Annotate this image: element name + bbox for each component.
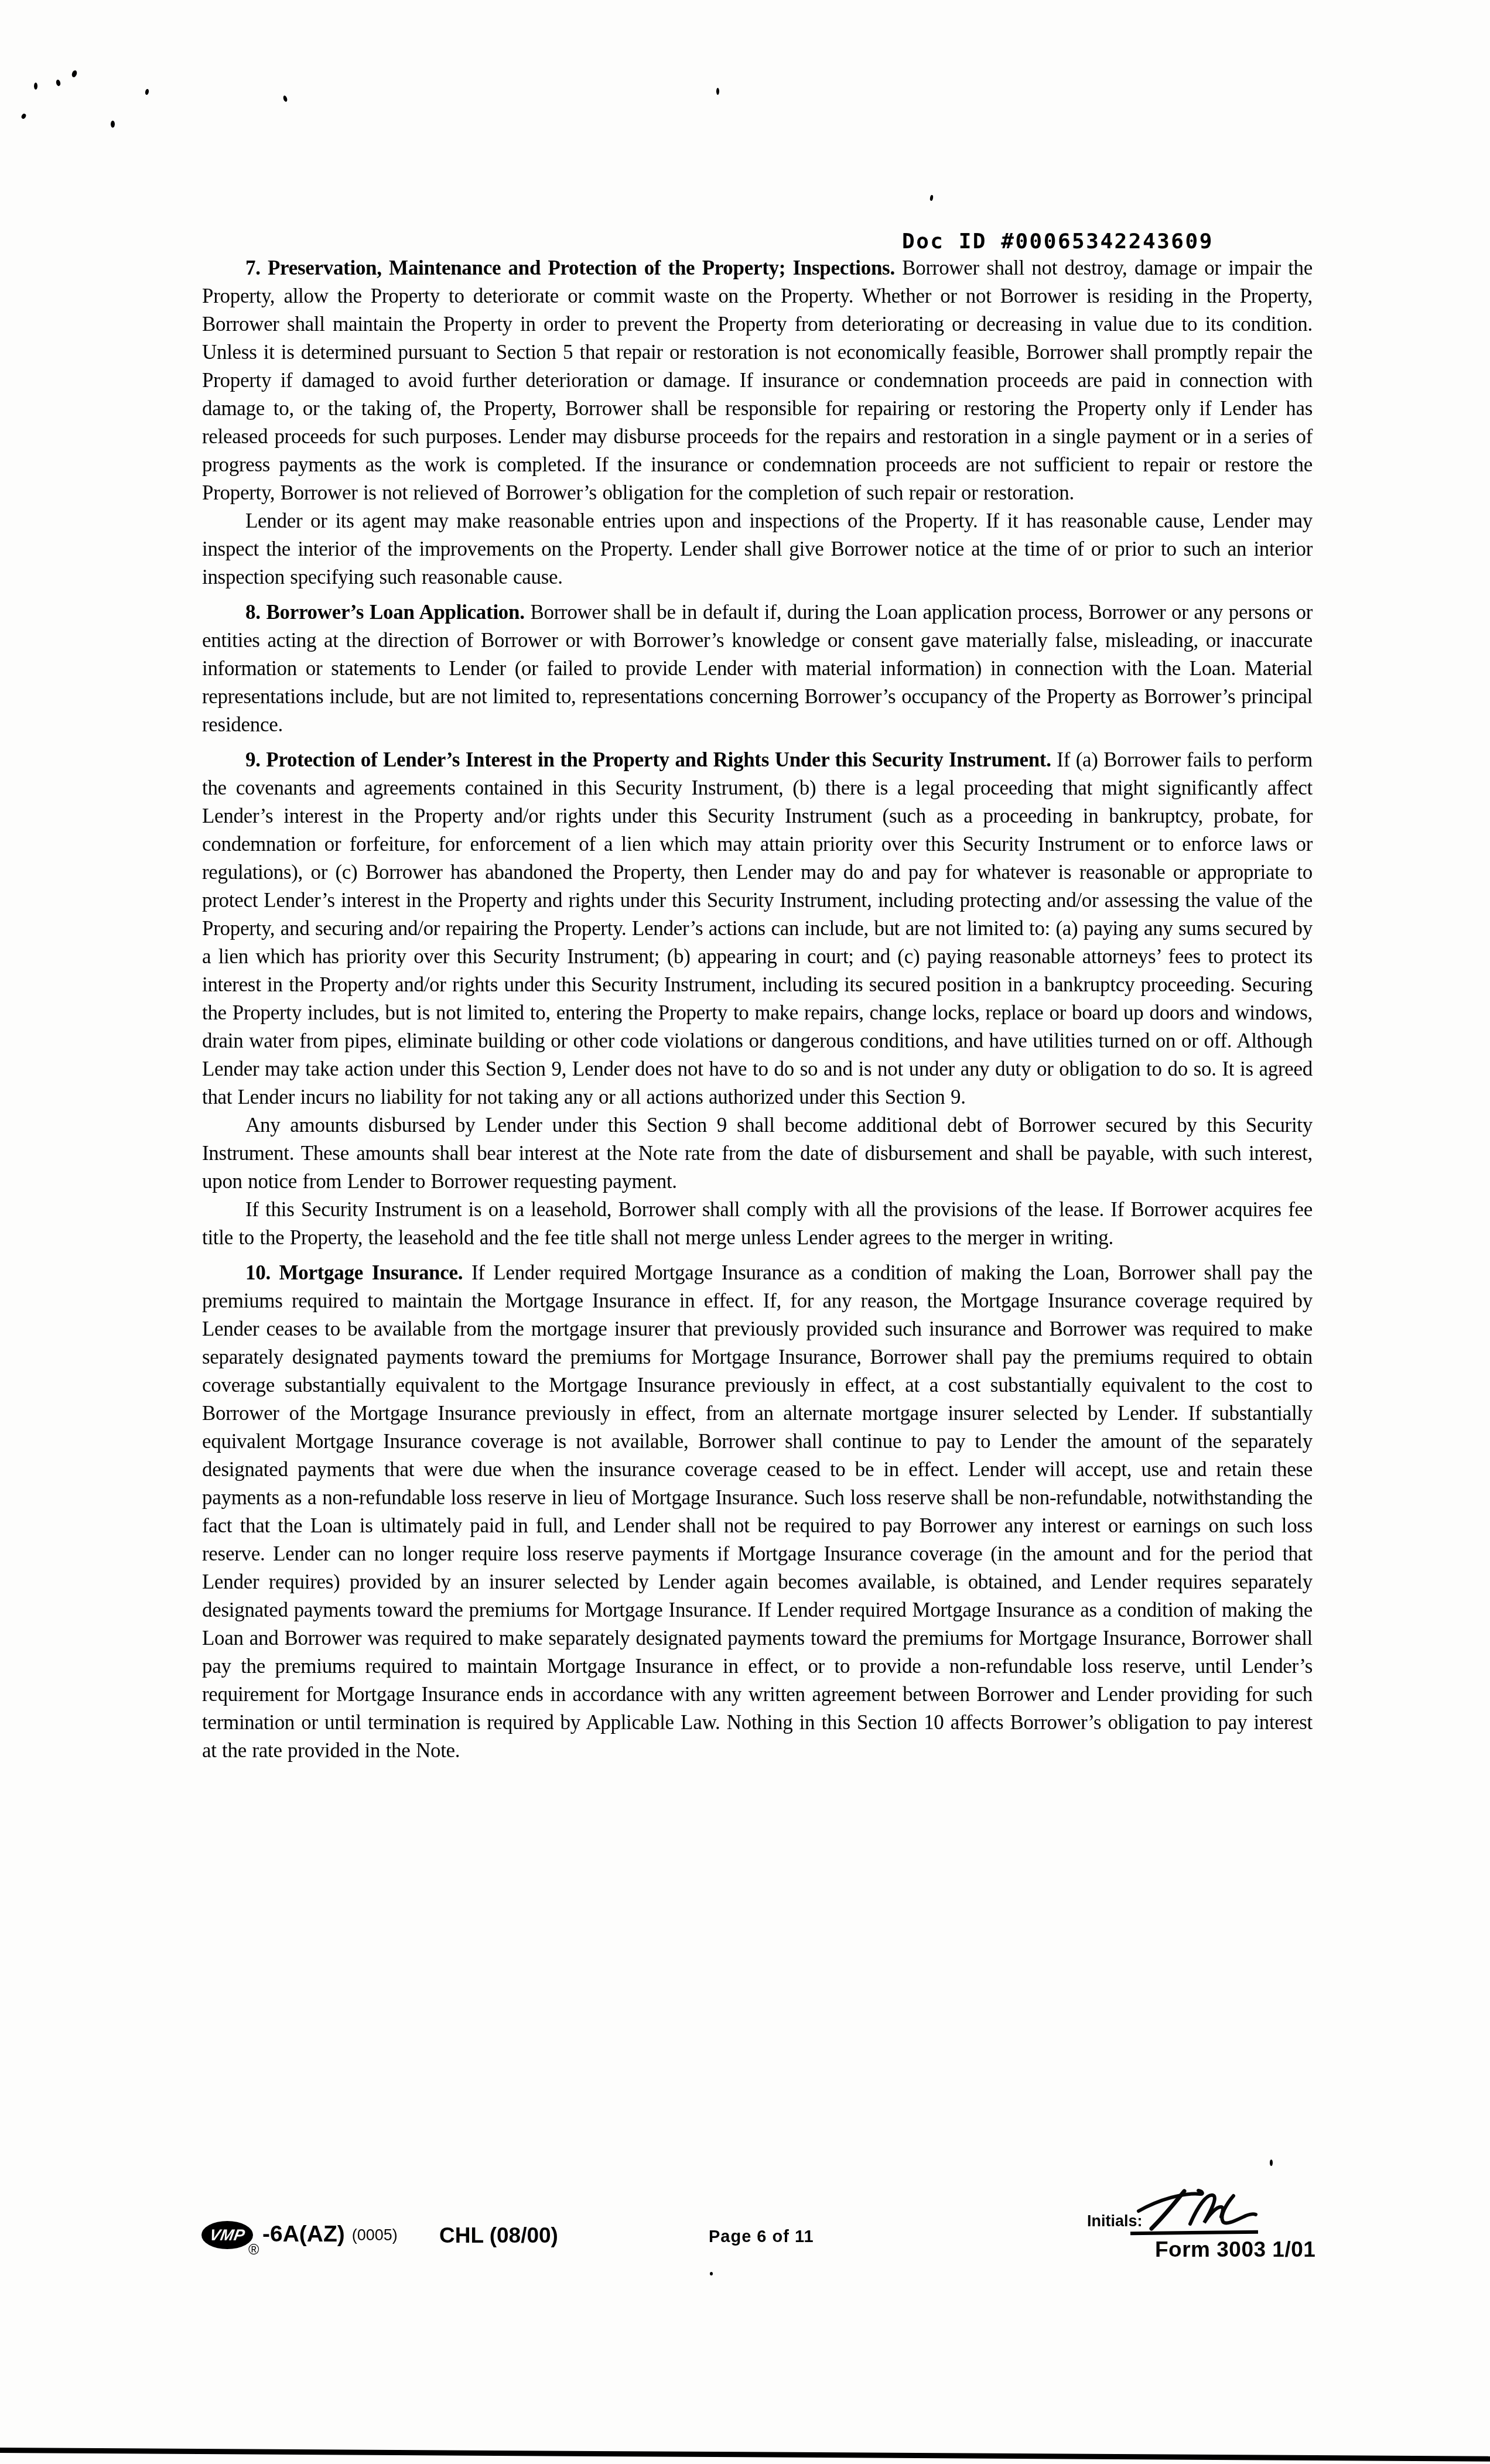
amounts-disbursed-text: Any amounts disbursed by Lender under th… xyxy=(202,1114,1313,1193)
scan-speck xyxy=(145,88,149,95)
inspections-text: Lender or its agent may make reasonable … xyxy=(202,509,1313,588)
registered-trademark-icon: ® xyxy=(248,2243,259,2257)
doc-id: Doc ID #00065342243609 xyxy=(902,230,1214,254)
form-code-main: -6A(AZ) xyxy=(262,2222,345,2247)
chl-label: CHL (08/00) xyxy=(439,2223,558,2248)
scan-speck xyxy=(716,88,719,95)
scan-speck xyxy=(56,79,61,86)
form-code-suffix: (0005) xyxy=(352,2226,398,2244)
section-8-heading: 8. Borrower’s Loan Application. xyxy=(245,601,525,624)
scan-edge-artifact xyxy=(0,2448,1490,2462)
form-code: -6A(AZ)(0005) xyxy=(262,2222,398,2247)
scan-speck xyxy=(282,95,288,102)
section-10-heading: 10. Mortgage Insurance. xyxy=(245,1261,463,1284)
leasehold-text: If this Security Instrument is on a leas… xyxy=(202,1198,1313,1249)
scanned-document-page: Doc ID #00065342243609 7. Preservation, … xyxy=(0,0,1490,2464)
form-number: Form 3003 1/01 xyxy=(1155,2237,1315,2262)
vmp-logo-text: VMP xyxy=(208,2226,246,2244)
paragraph-leasehold: If this Security Instrument is on a leas… xyxy=(202,1196,1313,1252)
scan-speck xyxy=(20,113,27,119)
scan-speck xyxy=(710,2272,713,2275)
section-10-text: If Lender required Mortgage Insurance as… xyxy=(202,1261,1313,1762)
scan-speck xyxy=(929,195,934,201)
paragraph-amounts-disbursed: Any amounts disbursed by Lender under th… xyxy=(202,1111,1313,1196)
paragraph-section-7: 7. Preservation, Maintenance and Protect… xyxy=(202,254,1313,507)
paragraph-section-10: 10. Mortgage Insurance. If Lender requir… xyxy=(202,1259,1313,1765)
document-body: 7. Preservation, Maintenance and Protect… xyxy=(202,254,1313,1765)
initials-signature xyxy=(1133,2188,1267,2237)
section-9-heading: 9. Protection of Lender’s Interest in th… xyxy=(245,748,1051,771)
section-7-text: Borrower shall not destroy, damage or im… xyxy=(202,256,1313,504)
page-footer: VMP ® -6A(AZ)(0005) CHL (08/00) Page 6 o… xyxy=(193,2218,1423,2318)
page-indicator: Page 6 of 11 xyxy=(709,2227,814,2247)
scan-speck xyxy=(111,121,115,128)
paragraph-section-9: 9. Protection of Lender’s Interest in th… xyxy=(202,746,1313,1111)
scan-speck xyxy=(34,83,37,90)
paragraph-inspections: Lender or its agent may make reasonable … xyxy=(202,507,1313,591)
scan-speck xyxy=(71,70,78,78)
paragraph-section-8: 8. Borrower’s Loan Application. Borrower… xyxy=(202,598,1313,739)
section-9-text: If (a) Borrower fails to perform the cov… xyxy=(202,748,1313,1108)
scan-speck xyxy=(1270,2160,1273,2166)
vmp-logo: VMP xyxy=(201,2221,253,2249)
section-7-heading: 7. Preservation, Maintenance and Protect… xyxy=(245,256,895,279)
